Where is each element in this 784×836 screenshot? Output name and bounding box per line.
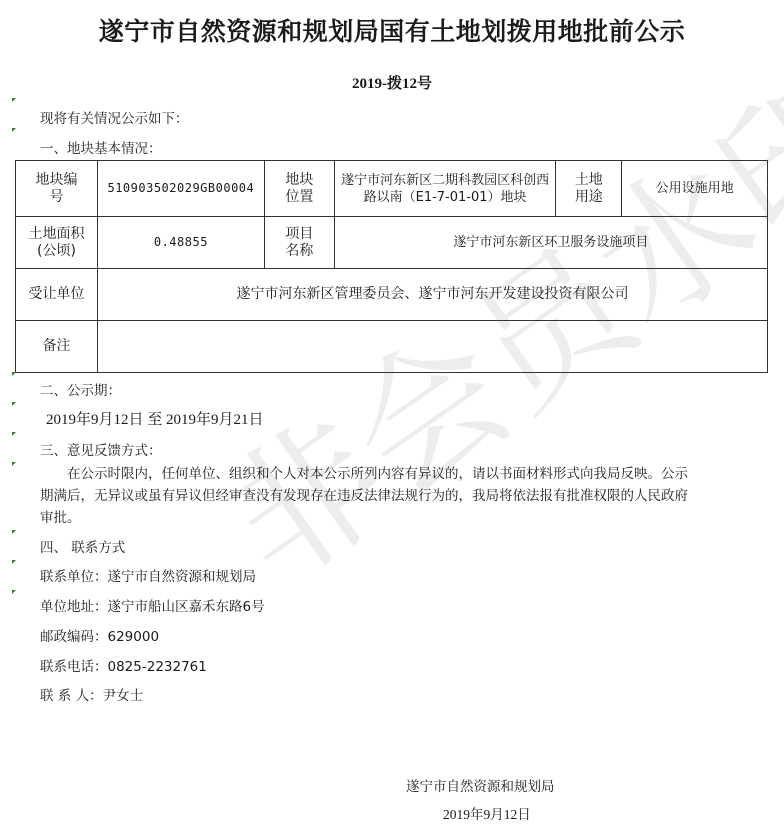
area-label: 土地面积(公顷) — [16, 217, 98, 269]
parcel-info-table: 地块编号 510903502029GB00004 地块位置 遂宁市河东新区二期科… — [15, 160, 768, 373]
table-row: 土地面积(公顷) 0.48855 项目名称 遂宁市河东新区环卫服务设施项目 — [16, 217, 768, 269]
parcel-no-value: 510903502029GB00004 — [97, 161, 264, 217]
land-use-value: 公用设施用地 — [622, 161, 768, 217]
publicity-period: 2019年9月12日 至 2019年9月21日 — [46, 408, 264, 429]
table-row: 受让单位 遂宁市河东新区管理委员会、遂宁市河东开发建设投资有限公司 — [16, 269, 768, 321]
table-row: 备注 — [16, 321, 768, 373]
remark-label: 备注 — [16, 321, 98, 373]
paragraph-marker-icon — [12, 372, 16, 376]
section1-heading: 一、地块基本情况： — [40, 137, 162, 157]
table-row: 地块编号 510903502029GB00004 地块位置 遂宁市河东新区二期科… — [16, 161, 768, 217]
land-use-label: 土地用途 — [556, 161, 622, 217]
paragraph-marker-icon — [12, 98, 16, 102]
paragraph-marker-icon — [12, 560, 16, 564]
intro-text: 现将有关情况公示如下： — [40, 107, 189, 127]
project-name-value: 遂宁市河东新区环卫服务设施项目 — [334, 217, 767, 269]
paragraph-marker-icon — [12, 402, 16, 406]
location-value: 遂宁市河东新区二期科教园区科创西路以南（E1-7-01-01）地块 — [334, 161, 556, 217]
feedback-body: 在公示时限内，任何单位、组织和个人对本公示所列内容有异议的，请以书面材料形式向我… — [40, 463, 700, 529]
grantee-value: 遂宁市河东新区管理委员会、遂宁市河东开发建设投资有限公司 — [97, 269, 767, 321]
contact-person: 联 系 人：尹女士 — [40, 684, 143, 704]
project-name-label: 项目名称 — [264, 217, 334, 269]
paragraph-marker-icon — [12, 590, 16, 594]
grantee-label: 受让单位 — [16, 269, 98, 321]
paragraph-marker-icon — [12, 530, 16, 534]
remark-value — [97, 321, 767, 373]
contact-postcode: 邮政编码：629000 — [40, 625, 159, 645]
contact-address: 单位地址：遂宁市船山区嘉禾东路6号 — [40, 595, 265, 615]
contact-unit: 联系单位：遂宁市自然资源和规划局 — [40, 565, 256, 585]
document-title: 遂宁市自然资源和规划局国有土地划拨用地批前公示 — [0, 12, 784, 48]
section4-heading: 四、 联系方式 — [40, 536, 125, 556]
parcel-no-label: 地块编号 — [16, 161, 98, 217]
paragraph-marker-icon — [12, 432, 16, 436]
document-number: 2019-拨12号 — [0, 72, 784, 93]
issuer-signature: 遂宁市自然资源和规划局 — [406, 775, 555, 795]
area-value: 0.48855 — [97, 217, 264, 269]
paragraph-marker-icon — [12, 462, 16, 466]
issue-date: 2019年9月12日 — [443, 803, 531, 823]
contact-phone: 联系电话：0825-2232761 — [40, 655, 207, 675]
section3-heading: 三、意见反馈方式： — [40, 439, 162, 459]
paragraph-marker-icon — [12, 128, 16, 132]
section2-heading: 二、公示期： — [40, 379, 121, 399]
location-label: 地块位置 — [264, 161, 334, 217]
